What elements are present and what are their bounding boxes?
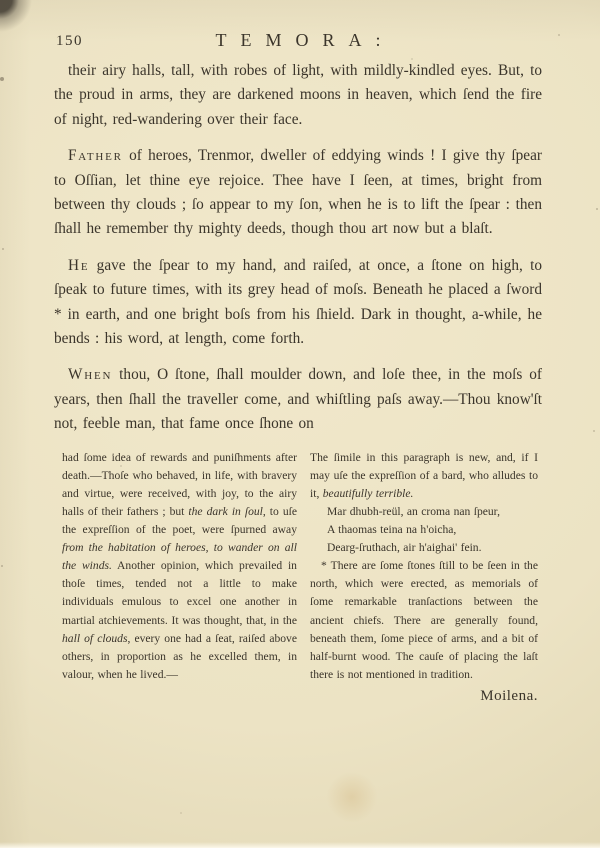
paragraph-lead-word: When: [68, 366, 112, 383]
body-paragraph: their airy halls, tall, with robes of li…: [54, 59, 542, 132]
paragraph-text: their airy halls, tall, with robes of li…: [54, 62, 542, 128]
body-paragraph: When thou, O ſtone, ſhall moulder down, …: [54, 363, 542, 436]
book-page-scan: 150 TEMORA: their airy halls, tall, with…: [0, 0, 600, 848]
verse-line: Dearg-ſruthach, air h'aighai' fein.: [327, 539, 538, 557]
running-title: TEMORA:: [54, 30, 542, 51]
footnote-text-run: beautifully terrible.: [323, 487, 414, 500]
paragraph-lead-word: Father: [68, 147, 123, 164]
paragraph-text: gave the ſpear to my hand, and raiſed, a…: [54, 257, 542, 347]
paragraph-text: of heroes, Trenmor, dweller of eddying w…: [54, 147, 542, 237]
footnote-text-run: * There are ſome ſtones ſtill to be ſeen…: [310, 559, 538, 681]
footnote-text-run: the dark in ſoul: [188, 505, 262, 518]
verse-line: Mar dhubh-reül, an croma nan ſpeur,: [327, 503, 538, 521]
footnote-text-run: hall of clouds: [62, 632, 127, 645]
page-header: 150 TEMORA:: [54, 30, 542, 52]
body-paragraph: Father of heroes, Trenmor, dweller of ed…: [54, 144, 542, 242]
footnote-column-left: had ſome idea of rewards and puniſhments…: [62, 449, 297, 705]
printed-page: 150 TEMORA: their airy halls, tall, with…: [0, 0, 600, 848]
footnote-stones-note: * There are ſome ſtones ſtill to be ſeen…: [310, 557, 538, 684]
main-text: their airy halls, tall, with robes of li…: [54, 59, 542, 437]
paragraph-lead-word: He: [68, 257, 89, 274]
verse-line: A thaomas teina na h'oicha,: [327, 521, 538, 539]
gaelic-verse: Mar dhubh-reül, an croma nan ſpeur,A tha…: [327, 503, 538, 557]
footnotes-section: had ſome idea of rewards and puniſhments…: [62, 449, 542, 705]
footnote-column-right: The ſimile in this paragraph is new, and…: [310, 449, 538, 705]
paragraph-text: thou, O ſtone, ſhall moulder down, and l…: [54, 366, 542, 432]
body-paragraph: He gave the ſpear to my hand, and raiſed…: [54, 254, 542, 352]
catchword: Moilena.: [310, 687, 538, 705]
footnote-simile-paragraph: The ſimile in this paragraph is new, and…: [310, 449, 538, 503]
